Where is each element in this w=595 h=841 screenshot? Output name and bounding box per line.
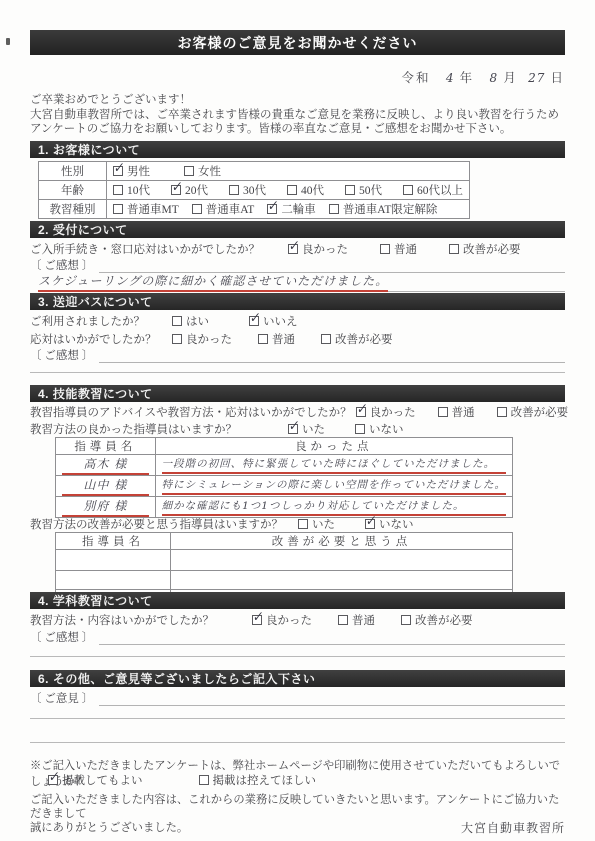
age-label: 年齢 xyxy=(39,181,107,200)
checkbox-academic-good[interactable] xyxy=(252,615,262,625)
form-title-bar: お客様のご意見をお聞かせください xyxy=(30,30,565,55)
checkbox-bus-good[interactable] xyxy=(172,334,182,344)
empty-row xyxy=(56,550,513,571)
comment-label: 〔 ご感想 〕 xyxy=(30,629,93,645)
bus-used-question: ご利用されましたか？ xyxy=(30,313,172,329)
checkbox-reception-normal[interactable] xyxy=(380,244,390,254)
option-bus-no: いいえ xyxy=(249,313,298,329)
checkbox-age-40s[interactable] xyxy=(287,185,297,195)
checkbox-good-instructor-yes[interactable] xyxy=(288,424,298,434)
checkbox-improve-instructor-no[interactable] xyxy=(365,519,375,529)
opinion-label: 〔 ご意見 〕 xyxy=(30,690,93,706)
academic-question: 教習方法・内容はいかがでしたか？ xyxy=(30,612,252,628)
option-reception-normal: 普通 xyxy=(380,241,417,257)
option-female: 女性 xyxy=(184,163,221,179)
month-label: 月 xyxy=(503,71,518,85)
course-type-label: 教習種別 xyxy=(39,200,107,219)
option-reception-good: 良かった xyxy=(288,241,348,257)
checkbox-bus-no[interactable] xyxy=(249,316,259,326)
option-skill-normal: 普通 xyxy=(438,404,475,420)
bus-comment-label-row: 〔 ご感想 〕 xyxy=(30,347,565,363)
blank-comment-line xyxy=(30,656,565,657)
checkbox-bus-yes[interactable] xyxy=(172,316,182,326)
comment-label: 〔 ご感想 〕 xyxy=(30,257,93,273)
age-row: 年齢 10代 20代 30代 40代 50代 60代以上 xyxy=(39,181,470,200)
option-improve-instructor-no: いない xyxy=(365,516,414,532)
option-academic-improve: 改善が必要 xyxy=(401,612,473,628)
option-bus-normal: 普通 xyxy=(258,331,295,347)
day-label: 日 xyxy=(550,71,565,85)
opinion-label-row: 〔 ご意見 〕 xyxy=(30,690,565,706)
option-good-instructor-yes: いた xyxy=(288,421,325,437)
good-point: 一段階の初回、特に緊張していた時にほぐしていただけました。 xyxy=(162,456,506,474)
section4-academic-title: 4. 学科教習について xyxy=(38,592,153,609)
checkbox-bus-improve[interactable] xyxy=(321,334,331,344)
checkbox-reception-improve[interactable] xyxy=(449,244,459,254)
good-instructor-row: 高木 様 一段階の初回、特に緊張していた時にほぐしていただけました。 xyxy=(56,455,513,476)
checkbox-publish-no[interactable] xyxy=(199,775,209,785)
year-label: 年 xyxy=(460,71,475,85)
option-age-60s: 60代以上 xyxy=(403,182,463,198)
scanned-survey-form: お客様のご意見をお聞かせください 令和 4 年 8 月 27 日 ご卒業おめでと… xyxy=(0,0,595,841)
checkbox-skill-normal[interactable] xyxy=(438,407,448,417)
checkbox-skill-improve[interactable] xyxy=(497,407,507,417)
checkbox-at-limit-release[interactable] xyxy=(329,204,339,214)
good-point: 特にシミュレーションの際に楽しい空間を作っていただけました。 xyxy=(162,477,506,495)
option-skill-good: 良かった xyxy=(356,404,416,420)
option-car-mt: 普通車MT xyxy=(113,201,179,217)
checkbox-age-30s[interactable] xyxy=(229,185,239,195)
checkbox-female[interactable] xyxy=(184,166,194,176)
blank-comment-line xyxy=(30,372,565,373)
closing-line-1: ご記入いただきました内容は、これからの業務に反映していきたいと思います。アンケー… xyxy=(30,793,565,821)
intro-line-2: 大宮自動車教習所では、ご卒業されます皆様の貴重なご意見を業務に反映し、より良い教… xyxy=(30,108,565,123)
academic-question-line: 教習方法・内容はいかがでしたか？ 良かった 普通 改善が必要 xyxy=(30,612,565,628)
comment-label: 〔 ご感想 〕 xyxy=(30,347,93,363)
bus-service-question: 応対はいかがでしたか？ xyxy=(30,331,172,347)
checkbox-male[interactable] xyxy=(113,166,123,176)
blank-comment-line xyxy=(30,718,565,719)
bus-service-question-line: 応対はいかがでしたか？ 良かった 普通 改善が必要 xyxy=(30,331,565,347)
good-instructor-row: 山中 様 特にシミュレーションの際に楽しい空間を作っていただけました。 xyxy=(56,476,513,497)
option-reception-improve: 改善が必要 xyxy=(449,241,521,257)
instructor-name-header: 指導員名 xyxy=(56,438,156,455)
option-age-20s: 20代 xyxy=(171,182,208,198)
era-label: 令和 xyxy=(402,71,431,85)
option-skill-improve: 改善が必要 xyxy=(497,404,569,420)
good-instructor-table: 指導員名 良かった点 高木 様 一段階の初回、特に緊張していた時にほぐしていただ… xyxy=(55,437,513,518)
option-bus-good: 良かった xyxy=(172,331,232,347)
good-point-header: 良かった点 xyxy=(155,438,512,455)
option-male: 男性 xyxy=(113,163,150,179)
scan-artifact xyxy=(6,38,10,45)
checkbox-motorcycle[interactable] xyxy=(267,204,277,214)
option-at-limit-release: 普通車AT限定解除 xyxy=(329,201,438,217)
checkbox-age-20s[interactable] xyxy=(171,185,181,195)
checkbox-bus-normal[interactable] xyxy=(258,334,268,344)
good-point: 細かな確認にも1つ1つしっかり対応していただけました。 xyxy=(162,498,506,516)
good-instructor-question-line: 教習方法の良かった指導員はいますか？ いた いない xyxy=(30,421,565,437)
reception-question-line: ご入所手続き・窓口応対はいかがでしたか？ 良かった 普通 改善が必要 xyxy=(30,241,565,257)
school-signature: 大宮自動車教習所 xyxy=(30,819,565,836)
option-academic-good: 良かった xyxy=(252,612,312,628)
section4-skill-title: 4. 技能教習について xyxy=(38,385,153,402)
bus-used-question-line: ご利用されましたか？ はい いいえ xyxy=(30,313,565,329)
checkbox-publish-ok[interactable] xyxy=(48,775,58,785)
section1-title: 1. お客様について xyxy=(38,141,140,158)
option-motorcycle: 二輪車 xyxy=(267,201,316,217)
checkbox-age-10s[interactable] xyxy=(113,185,123,195)
section3-title: 3. 送迎バスについて xyxy=(38,293,153,310)
section2-title: 2. 受付について xyxy=(38,221,128,238)
section4-academic-header: 4. 学科教習について xyxy=(30,592,565,609)
section3-header: 3. 送迎バスについて xyxy=(30,293,565,310)
date-year-value: 4 xyxy=(446,71,455,85)
option-age-30s: 30代 xyxy=(229,182,266,198)
reception-comment-label-row: 〔 ご感想 〕 xyxy=(30,257,565,273)
option-academic-normal: 普通 xyxy=(338,612,375,628)
option-car-at: 普通車AT xyxy=(192,201,255,217)
publication-options-line: 掲載してもよい 掲載は控えてほしい xyxy=(30,772,565,788)
option-good-instructor-no: いない xyxy=(355,421,404,437)
section4-skill-header: 4. 技能教習について xyxy=(30,385,565,402)
customer-info-table: 性別 男性 女性 年齢 10代 20代 30代 40代 50代 60代以上 教習… xyxy=(38,161,470,219)
option-bus-yes: はい xyxy=(172,313,209,329)
checkbox-skill-good[interactable] xyxy=(356,407,366,417)
reception-question: ご入所手続き・窓口応対はいかがでしたか？ xyxy=(30,241,288,257)
checkbox-academic-improve[interactable] xyxy=(401,615,411,625)
course-type-row: 教習種別 普通車MT 普通車AT 二輪車 普通車AT限定解除 xyxy=(39,200,470,219)
checkbox-age-60s[interactable] xyxy=(403,185,413,195)
option-age-50s: 50代 xyxy=(345,182,382,198)
academic-comment-label-row: 〔 ご感想 〕 xyxy=(30,629,565,645)
instructor-name: 高木 様 xyxy=(62,455,149,475)
instructor-advice-question: 教習指導員のアドバイスや教習方法・応対はいかがでしたか？ xyxy=(30,404,352,420)
reception-handwritten-comment: スケジューリングの際に細かく確認させていただけました。 xyxy=(38,272,388,292)
improve-point-header: 改善が必要と思う点 xyxy=(171,533,513,550)
gender-label: 性別 xyxy=(39,162,107,181)
intro-paragraph: ご卒業おめでとうございます！ 大宮自動車教習所では、ご卒業されます皆様の貴重なご… xyxy=(30,93,565,137)
checkbox-reception-good[interactable] xyxy=(288,244,298,254)
option-age-10s: 10代 xyxy=(113,182,150,198)
date-month-value: 8 xyxy=(490,71,499,85)
date-day-value: 27 xyxy=(528,71,545,85)
reception-comment-row: スケジューリングの際に細かく確認させていただけました。 xyxy=(30,272,565,292)
checkbox-car-at[interactable] xyxy=(192,204,202,214)
instructor-name: 山中 様 xyxy=(62,476,149,496)
option-publish-no: 掲載は控えてほしい xyxy=(199,772,317,788)
blank-comment-line xyxy=(30,742,565,743)
checkbox-car-mt[interactable] xyxy=(113,204,123,214)
improve-instructor-question-line: 教習方法の改善が必要と思う指導員はいますか？ いた いない xyxy=(30,516,565,532)
good-instructor-row: 別府 様 細かな確認にも1つ1つしっかり対応していただけました。 xyxy=(56,497,513,518)
option-improve-instructor-yes: いた xyxy=(298,516,335,532)
intro-line-1: ご卒業おめでとうございます！ xyxy=(30,93,565,108)
option-age-40s: 40代 xyxy=(287,182,324,198)
section1-header: 1. お客様について xyxy=(30,141,565,158)
improve-instructor-question: 教習方法の改善が必要と思う指導員はいますか？ xyxy=(30,516,298,532)
gender-row: 性別 男性 女性 xyxy=(39,162,470,181)
option-bus-improve: 改善が必要 xyxy=(321,331,393,347)
instructor-name: 別府 様 xyxy=(62,497,149,517)
form-title: お客様のご意見をお聞かせください xyxy=(178,33,418,53)
checkbox-academic-normal[interactable] xyxy=(338,615,348,625)
intro-line-3: アンケートのご協力をお願いしております。皆様の率直なご意見・ご感想をお聞かせ下さ… xyxy=(30,122,565,137)
section2-header: 2. 受付について xyxy=(30,221,565,238)
checkbox-age-50s[interactable] xyxy=(345,185,355,195)
section6-title: 6. その他、ご意見等ございましたらご記入下さい xyxy=(38,670,315,687)
date-line: 令和 4 年 8 月 27 日 xyxy=(30,68,565,86)
instructor-name-header: 指導員名 xyxy=(56,533,171,550)
good-instructor-question: 教習方法の良かった指導員はいますか？ xyxy=(30,421,288,437)
section6-header: 6. その他、ご意見等ございましたらご記入下さい xyxy=(30,670,565,687)
checkbox-good-instructor-no[interactable] xyxy=(355,424,365,434)
option-publish-ok: 掲載してもよい xyxy=(48,772,143,788)
checkbox-improve-instructor-yes[interactable] xyxy=(298,519,308,529)
empty-row xyxy=(56,571,513,590)
